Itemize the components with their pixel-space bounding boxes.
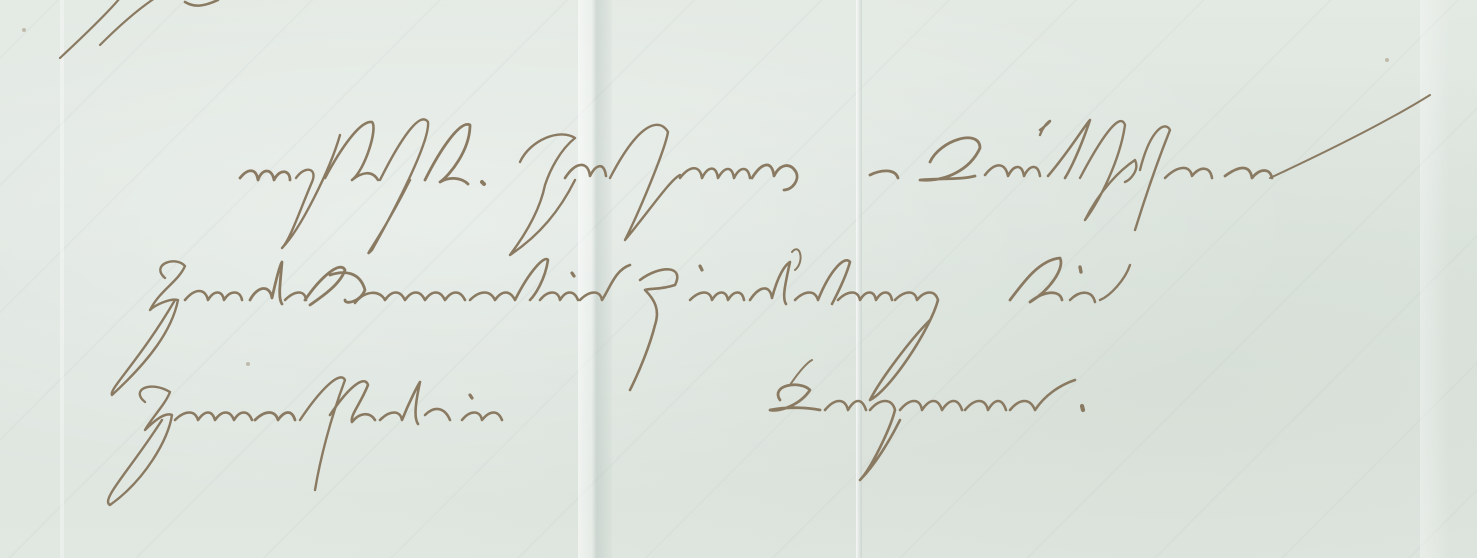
handwriting-line-2 [112,249,1130,400]
transcription: ſſe ngebst. Johannes Deutschen Handelsma… [0,0,1,1]
handwriting-line-0 [60,0,218,58]
letter-paper: ſſe ngebst. Johannes Deutschen Handelsma… [0,0,1477,558]
handwriting-line-1 [240,95,1430,255]
handwriting-layer [0,0,1477,558]
handwriting-line-3 [108,360,1083,505]
